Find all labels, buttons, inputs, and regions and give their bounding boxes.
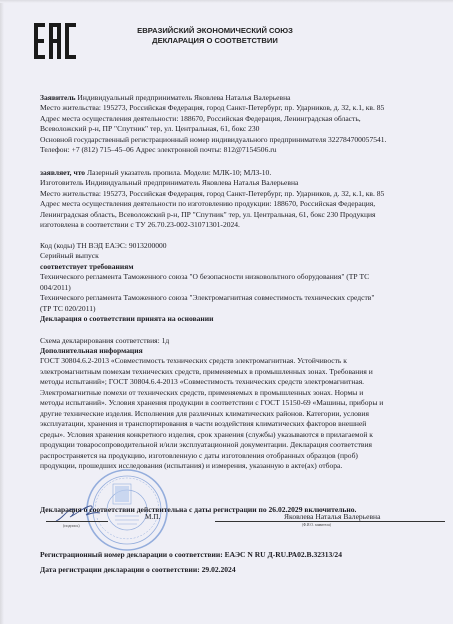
signature-block: Декларация о соответствии действительна … <box>40 505 450 514</box>
manufacturer-residence: Место жительства: 195273, Российская Фед… <box>40 189 448 199</box>
additional-line: Электромагнитные помехи от технических с… <box>40 388 448 398</box>
product-name: Лазерный указатель пропила. Модели: МЛК-… <box>85 168 271 177</box>
page-edge <box>0 0 4 624</box>
signature-line <box>46 521 108 522</box>
regulation-1: Технического регламента Таможенного союз… <box>40 272 448 282</box>
additional-line: электромагнитным помехам технических сре… <box>40 367 448 377</box>
registration-number: Регистрационный номер декларации о соотв… <box>40 547 342 562</box>
additional-line: эксплуатации, хранения и транспортирован… <box>40 419 448 429</box>
applicant-residence: Место жительства: 195273, Российская Фед… <box>40 103 448 113</box>
registration-block: Регистрационный номер декларации о соотв… <box>40 547 342 577</box>
applicant-ogrnip: Основной государственный регистрационный… <box>40 135 448 145</box>
declares-label: заявляет, что <box>40 168 85 177</box>
additional-line: методы испытаний»; ГОСТ 30804.6.4-2013 «… <box>40 377 448 387</box>
production-address: Адрес места осуществления деятельности п… <box>40 199 448 209</box>
additional-line: распространяется на продукцию, изготовле… <box>40 451 448 461</box>
name-line <box>215 521 445 522</box>
additional-line: продукции товаросопроводительной и/или э… <box>40 440 448 450</box>
additional-info-text: ГОСТ 30804.6.2-2013 «Совместимость техни… <box>40 356 448 471</box>
additional-line: ГОСТ 30804.6.2-2013 «Совместимость техни… <box>40 356 448 366</box>
seal-place-label: М.П. <box>145 513 160 521</box>
additional-info-label: Дополнительная информация <box>40 346 448 356</box>
manufacturer: Изготовитель Индивидуальный предпринимат… <box>40 178 448 188</box>
declaration-scheme: Схема декларирования соответствия: 1д <box>40 336 448 346</box>
registration-date: Дата регистрации декларации о соответств… <box>40 562 342 577</box>
regulation-2-cont: (ТР ТС 020/2011) <box>40 304 448 314</box>
document-body: Заявитель Индивидуальный предприниматель… <box>40 93 448 471</box>
product-declaration: заявляет, что Лазерный указатель пропила… <box>40 168 448 178</box>
applicant-line: Заявитель Индивидуальный предприниматель… <box>40 93 448 103</box>
applicant-contacts: Телефон: +7 (812) 715–45–06 Адрес электр… <box>40 145 448 155</box>
name-caption: (Ф.И.О. заявителя) <box>302 523 331 527</box>
applicant-label: Заявитель <box>40 93 76 102</box>
basis-label: Декларация о соответствии принята на осн… <box>40 314 448 324</box>
eac-logo-icon <box>33 22 77 60</box>
signature-caption: (подпись) <box>63 523 80 528</box>
signatory-name: Яковлева Наталья Валерьевна <box>284 512 380 521</box>
additional-line: методы испытаний». Условия хранения прод… <box>40 398 448 408</box>
applicant-activity-address: Адрес места осуществления деятельности: … <box>40 114 448 124</box>
union-title: ЕВРАЗИЙСКИЙ ЭКОНОМИЧЕСКИЙ СОЮЗ <box>110 26 320 36</box>
release-type: Серийный выпуск <box>40 251 448 261</box>
requirements-label: соответствует требованиям <box>40 262 448 272</box>
additional-line: среды». Условия хранения конкретного изд… <box>40 430 448 440</box>
tn-ved-code: Код (коды) ТН ВЭД ЕАЭС: 9013200000 <box>40 241 448 251</box>
regulation-1-cont: 004/2011) <box>40 283 448 293</box>
page-edge-top <box>0 0 453 3</box>
production-address-cont: Ленинградская область, Всеволожский р-н,… <box>40 210 448 220</box>
validity-statement: Декларация о соответствии действительна … <box>40 505 450 514</box>
document-header: ЕВРАЗИЙСКИЙ ЭКОНОМИЧЕСКИЙ СОЮЗ ДЕКЛАРАЦИ… <box>110 26 320 46</box>
applicant-activity-address-cont: Всеволожский р-н, ПР "Спутник" тер, ул. … <box>40 124 448 134</box>
applicant-name: Индивидуальный предприниматель Яковлева … <box>76 93 291 102</box>
additional-line: другие технические изделия. Исполнения д… <box>40 409 448 419</box>
regulation-2: Технического регламента Таможенного союз… <box>40 293 448 303</box>
production-spec: изготовлена в соответствии с ТУ 26.70.23… <box>40 220 448 230</box>
document-title: ДЕКЛАРАЦИЯ О СООТВЕТСТВИИ <box>110 36 320 46</box>
